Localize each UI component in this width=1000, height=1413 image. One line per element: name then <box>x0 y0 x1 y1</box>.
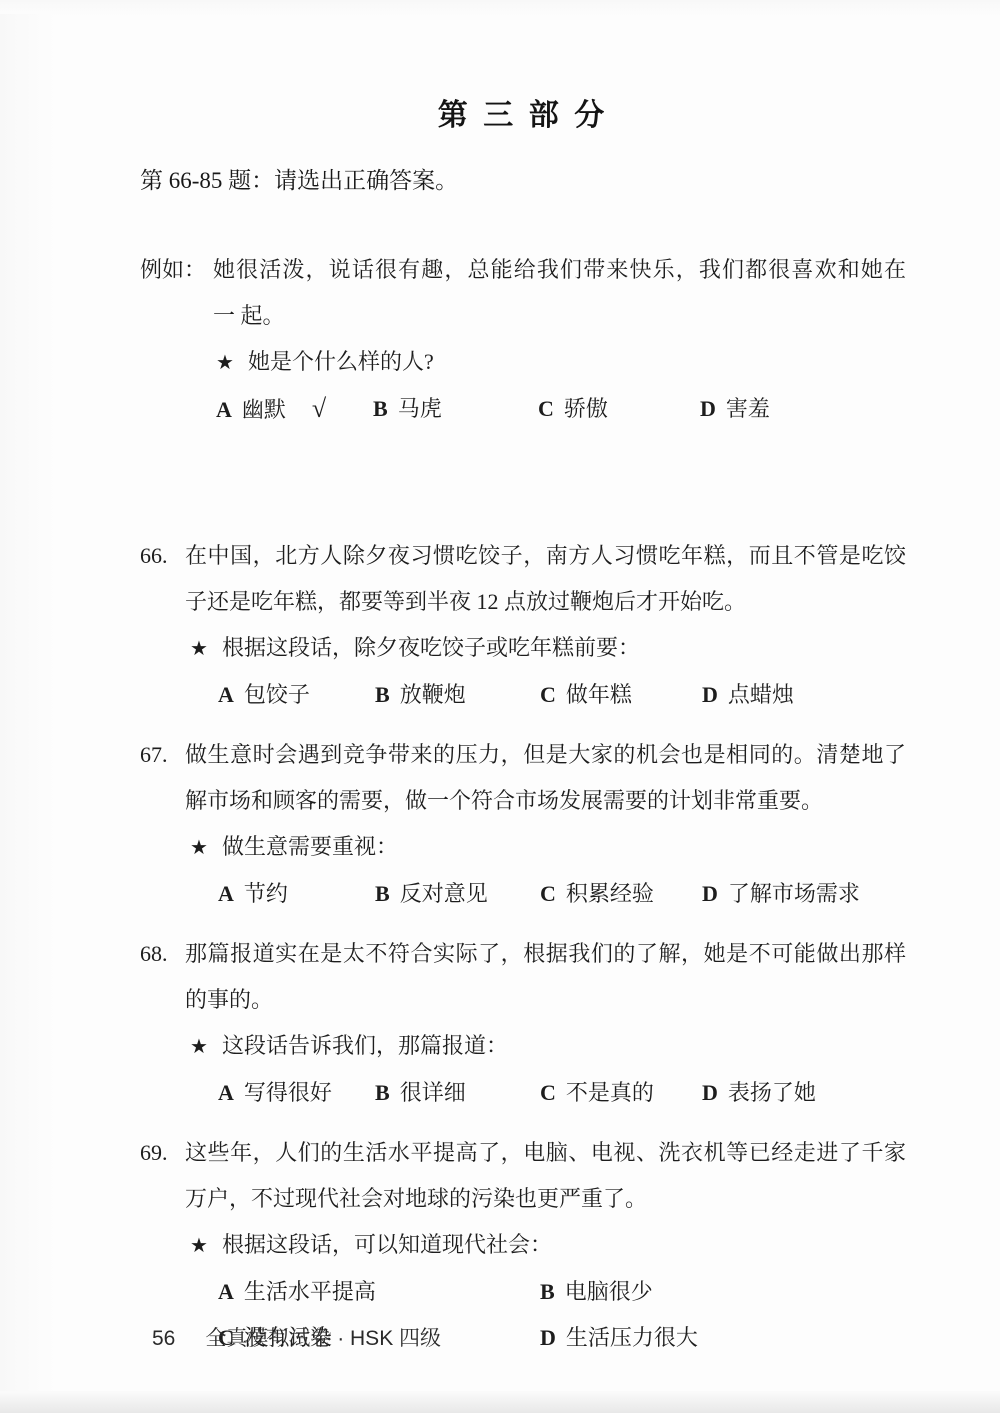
option-text: 表扬了她 <box>728 1080 816 1105</box>
option-letter-a: A <box>218 1080 234 1105</box>
star-icon: ★ <box>190 638 208 660</box>
option-text: 积累经验 <box>566 881 654 906</box>
option-text: 电脑很少 <box>565 1279 653 1304</box>
option-text: 反对意见 <box>400 881 488 906</box>
star-icon: ★ <box>190 1235 208 1257</box>
question-prompt: ★根据这段话，除夕夜吃饺子或吃年糕前要： <box>190 625 906 672</box>
option-a: A节约 <box>218 871 375 917</box>
option-a: A包饺子 <box>218 672 375 718</box>
option-letter-b: B <box>540 1279 555 1304</box>
example-option-c: C骄傲 <box>538 386 700 433</box>
page-footer: 56全真模拟试卷 · HSK 四级 <box>152 1322 441 1352</box>
question-number: 68. <box>140 931 185 977</box>
option-text: 幽默 <box>242 397 286 422</box>
example-text-line1: 她很活泼，说话很有趣，总能给我们带来快乐，我们都很喜欢和她在 <box>213 247 906 293</box>
question-prompt: ★做生意需要重视： <box>190 824 906 871</box>
option-letter-b: B <box>375 1080 390 1105</box>
question-number: 69. <box>140 1130 185 1176</box>
question-text: 这些年，人们的生活水平提高了，电脑、电视、洗衣机等已经走进了千家 万户，不过现代… <box>185 1130 906 1222</box>
option-c: C积累经验 <box>540 871 702 917</box>
option-text: 很详细 <box>400 1080 466 1105</box>
question-number: 67. <box>140 732 185 778</box>
option-d: D表扬了她 <box>702 1070 906 1116</box>
question-number: 66. <box>140 533 185 579</box>
question-paragraph: 69. 这些年，人们的生活水平提高了，电脑、电视、洗衣机等已经走进了千家 万户，… <box>140 1130 906 1222</box>
option-b: B放鞭炮 <box>375 672 540 718</box>
example-text-line2: 一 起。 <box>213 293 906 339</box>
option-c: C不是真的 <box>540 1070 702 1116</box>
example-paragraph: 例如： 她很活泼，说话很有趣，总能给我们带来快乐，我们都很喜欢和她在 一 起。 <box>140 247 906 339</box>
option-d: D了解市场需求 <box>702 871 906 917</box>
option-b: B电脑很少 <box>540 1269 906 1315</box>
question-text-line2: 解市场和顾客的需要，做一个符合市场发展需要的计划非常重要。 <box>185 778 906 824</box>
example-option-d: D害羞 <box>700 386 906 433</box>
option-letter-b: B <box>375 682 390 707</box>
question-text-line2: 子还是吃年糕，都要等到半夜 12 点放过鞭炮后才开始吃。 <box>185 579 906 625</box>
option-letter-d: D <box>702 682 718 707</box>
option-letter-a: A <box>218 881 234 906</box>
option-c: C做年糕 <box>540 672 702 718</box>
option-letter-d: D <box>702 881 718 906</box>
example-option-a: A幽默√ <box>216 386 373 433</box>
option-text: 包饺子 <box>244 682 310 707</box>
page-content: 第 三 部 分 第 66-85 题：请选出正确答案。 例如： 她很活泼，说话很有… <box>140 0 906 1361</box>
option-text: 不是真的 <box>566 1080 654 1105</box>
option-text: 害羞 <box>726 396 770 421</box>
option-letter-b: B <box>373 396 388 421</box>
question-67: 67. 做生意时会遇到竞争带来的压力，但是大家的机会也是相同的。清楚地了 解市场… <box>140 732 906 917</box>
example-prompt: ★她是个什么样的人? <box>216 339 906 386</box>
option-d: D点蜡烛 <box>702 672 906 718</box>
option-letter-c: C <box>540 1080 556 1105</box>
option-letter-a: A <box>218 682 234 707</box>
question-text: 那篇报道实在是太不符合实际了，根据我们的了解，她是不可能做出那样 的事的。 <box>185 931 906 1023</box>
option-b: B很详细 <box>375 1070 540 1116</box>
option-text: 马虎 <box>398 396 442 421</box>
question-text: 在中国，北方人除夕夜习惯吃饺子，南方人习惯吃年糕，而且不管是吃饺 子还是吃年糕，… <box>185 533 906 625</box>
example-label: 例如： <box>140 247 213 293</box>
star-icon: ★ <box>190 837 208 859</box>
prompt-text: 做生意需要重视： <box>222 834 398 859</box>
question-text-line1: 那篇报道实在是太不符合实际了，根据我们的了解，她是不可能做出那样 <box>185 931 906 977</box>
example-option-b: B马虎 <box>373 386 538 433</box>
question-text-line2: 万户，不过现代社会对地球的污染也更严重了。 <box>185 1176 906 1222</box>
options-row: A写得很好 B很详细 C不是真的 D表扬了她 <box>218 1070 906 1116</box>
option-text: 放鞭炮 <box>400 682 466 707</box>
example-text: 她很活泼，说话很有趣，总能给我们带来快乐，我们都很喜欢和她在 一 起。 <box>213 247 906 339</box>
option-letter-d: D <box>702 1080 718 1105</box>
option-letter-b: B <box>375 881 390 906</box>
prompt-text: 这段话告诉我们，那篇报道： <box>222 1033 508 1058</box>
book-title: 全真模拟试卷 · HSK 四级 <box>205 1327 441 1350</box>
prompt-text: 根据这段话，可以知道现代社会： <box>222 1232 552 1257</box>
option-text: 点蜡烛 <box>728 682 794 707</box>
question-paragraph: 67. 做生意时会遇到竞争带来的压力，但是大家的机会也是相同的。清楚地了 解市场… <box>140 732 906 824</box>
question-text-line1: 在中国，北方人除夕夜习惯吃饺子，南方人习惯吃年糕，而且不管是吃饺 <box>185 533 906 579</box>
question-text-line1: 这些年，人们的生活水平提高了，电脑、电视、洗衣机等已经走进了千家 <box>185 1130 906 1176</box>
star-icon: ★ <box>216 352 234 374</box>
question-prompt: ★这段话告诉我们，那篇报道： <box>190 1023 906 1070</box>
option-letter-d: D <box>540 1325 556 1350</box>
option-d: D生活压力很大 <box>540 1315 906 1361</box>
option-text: 写得很好 <box>244 1080 332 1105</box>
option-text: 做年糕 <box>566 682 632 707</box>
star-icon: ★ <box>190 1036 208 1058</box>
question-paragraph: 66. 在中国，北方人除夕夜习惯吃饺子，南方人习惯吃年糕，而且不管是吃饺 子还是… <box>140 533 906 625</box>
options-row: A节约 B反对意见 C积累经验 D了解市场需求 <box>218 871 906 917</box>
example-options-row: A幽默√ B马虎 C骄傲 D害羞 <box>216 386 906 433</box>
options-row: A包饺子 B放鞭炮 C做年糕 D点蜡烛 <box>218 672 906 718</box>
page-bottom-edge <box>0 1391 1000 1413</box>
question-66: 66. 在中国，北方人除夕夜习惯吃饺子，南方人习惯吃年糕，而且不管是吃饺 子还是… <box>140 533 906 718</box>
options-row-1: A生活水平提高 B电脑很少 <box>218 1269 906 1315</box>
option-letter-c: C <box>540 881 556 906</box>
question-paragraph: 68. 那篇报道实在是太不符合实际了，根据我们的了解，她是不可能做出那样 的事的… <box>140 931 906 1023</box>
option-text: 骄傲 <box>564 396 608 421</box>
option-letter-a: A <box>216 397 232 422</box>
question-text: 做生意时会遇到竞争带来的压力，但是大家的机会也是相同的。清楚地了 解市场和顾客的… <box>185 732 906 824</box>
prompt-text: 根据这段话，除夕夜吃饺子或吃年糕前要： <box>222 635 640 660</box>
question-text-line1: 做生意时会遇到竞争带来的压力，但是大家的机会也是相同的。清楚地了 <box>185 732 906 778</box>
option-text: 生活压力很大 <box>566 1325 698 1350</box>
option-letter-c: C <box>540 682 556 707</box>
exam-page: 第 三 部 分 第 66-85 题：请选出正确答案。 例如： 她很活泼，说话很有… <box>0 0 1000 1413</box>
section-title: 第 三 部 分 <box>140 90 906 134</box>
question-prompt: ★根据这段话，可以知道现代社会： <box>190 1222 906 1269</box>
example-block: 例如： 她很活泼，说话很有趣，总能给我们带来快乐，我们都很喜欢和她在 一 起。 … <box>140 247 906 433</box>
option-text: 生活水平提高 <box>244 1279 376 1304</box>
option-b: B反对意见 <box>375 871 540 917</box>
option-text: 了解市场需求 <box>728 881 860 906</box>
question-68: 68. 那篇报道实在是太不符合实际了，根据我们的了解，她是不可能做出那样 的事的… <box>140 931 906 1116</box>
page-left-edge <box>0 14 80 1391</box>
option-letter-a: A <box>218 1279 234 1304</box>
option-text: 节约 <box>244 881 288 906</box>
answer-checkmark: √ <box>312 394 326 423</box>
instructions-line: 第 66-85 题：请选出正确答案。 <box>140 162 906 195</box>
question-text-line2: 的事的。 <box>185 977 906 1023</box>
option-a: A写得很好 <box>218 1070 375 1116</box>
option-letter-d: D <box>700 396 716 421</box>
page-number: 56 <box>152 1327 175 1350</box>
option-a: A生活水平提高 <box>218 1269 540 1315</box>
example-prompt-text: 她是个什么样的人? <box>248 349 434 374</box>
option-letter-c: C <box>538 396 554 421</box>
